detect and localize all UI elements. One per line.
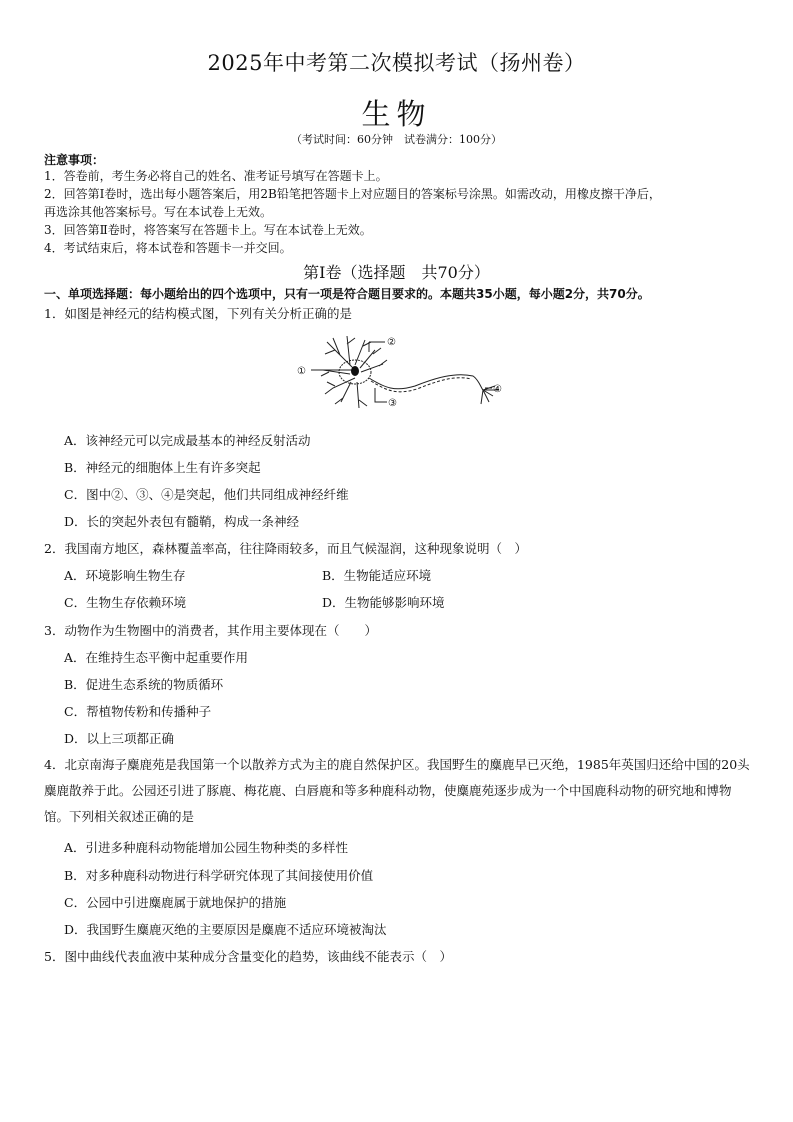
exam-meta: （考试时间：60分钟 试卷满分：100分） (0, 131, 793, 147)
label-4: ④ (493, 384, 502, 395)
question-3-option-d[interactable]: D．以上三项都正确 (64, 729, 174, 747)
question-3-option-c[interactable]: C．帮植物传粉和传播种子 (64, 702, 211, 720)
section-title: 第Ⅰ卷（选择题 共70分） (0, 260, 793, 283)
question-5-stem: 5．图中曲线代表血液中某种成分含量变化的趋势，该曲线不能表示（ ） (44, 947, 452, 965)
neuron-diagram-icon: ① ② ③ ④ (295, 330, 505, 415)
question-3-option-a[interactable]: A．在维持生态平衡中起重要作用 (64, 648, 248, 666)
notice-item: 2．回答第Ⅰ卷时，选出每小题答案后，用2B铅笔把答题卡上对应题目的答案标号涂黑。… (44, 185, 661, 202)
question-4-option-b[interactable]: B．对多种鹿科动物进行科学研究体现了其间接使用价值 (64, 866, 373, 884)
question-2-option-c[interactable]: C．生物生存依赖环境 (64, 593, 186, 611)
notice-heading: 注意事项： (44, 151, 104, 168)
subject-title: 生物 (0, 92, 793, 133)
label-2: ② (387, 337, 396, 348)
notice-item: 3．回答第Ⅱ卷时，将答案写在答题卡上。写在本试卷上无效。 (44, 221, 372, 238)
label-3: ③ (388, 398, 397, 409)
section-instruction: 一、单项选择题：每小题给出的四个选项中，只有一项是符合题目要求的。本题共35小题… (44, 285, 650, 302)
neuron-figure: ① ② ③ ④ (295, 330, 505, 415)
question-4-stem: 4．北京南海子麋鹿苑是我国第一个以散养方式为主的鹿自然保护区。我国野生的麋鹿早已… (44, 752, 756, 830)
question-2-stem: 2．我国南方地区，森林覆盖率高，往往降雨较多，而且气候湿润，这种现象说明（ ） (44, 539, 527, 557)
question-1-option-d[interactable]: D．长的突起外表包有髓鞘，构成一条神经 (64, 512, 299, 530)
label-1: ① (297, 366, 306, 377)
notice-item: 4．考试结束后，将本试卷和答题卡一并交回。 (44, 239, 292, 256)
question-2-option-b[interactable]: B．生物能适应环境 (322, 566, 431, 584)
question-2-option-d[interactable]: D．生物能够影响环境 (322, 593, 445, 611)
notice-item: 再选涂其他答案标号。写在本试卷上无效。 (44, 203, 272, 220)
exam-title: 2025年中考第二次模拟考试（扬州卷） (0, 47, 793, 77)
question-1-stem: 1．如图是神经元的结构模式图，下列有关分析正确的是 (44, 304, 352, 322)
question-4-option-c[interactable]: C．公园中引进麋鹿属于就地保护的措施 (64, 893, 286, 911)
question-4-option-a[interactable]: A．引进多种鹿科动物能增加公园生物种类的多样性 (64, 838, 348, 856)
question-1-option-c[interactable]: C．图中②、③、④是突起，他们共同组成神经纤维 (64, 485, 349, 503)
question-1-option-a[interactable]: A．该神经元可以完成最基本的神经反射活动 (64, 431, 311, 449)
question-2-option-a[interactable]: A．环境影响生物生存 (64, 566, 186, 584)
question-4-option-d[interactable]: D．我国野生麋鹿灭绝的主要原因是麋鹿不适应环境被淘汰 (64, 920, 387, 938)
question-3-stem: 3．动物作为生物圈中的消费者，其作用主要体现在（ ） (44, 621, 377, 639)
notice-item: 1．答卷前，考生务必将自己的姓名、准考证号填写在答题卡上。 (44, 167, 388, 184)
question-1-option-b[interactable]: B．神经元的细胞体上生有许多突起 (64, 458, 261, 476)
question-3-option-b[interactable]: B．促进生态系统的物质循环 (64, 675, 223, 693)
